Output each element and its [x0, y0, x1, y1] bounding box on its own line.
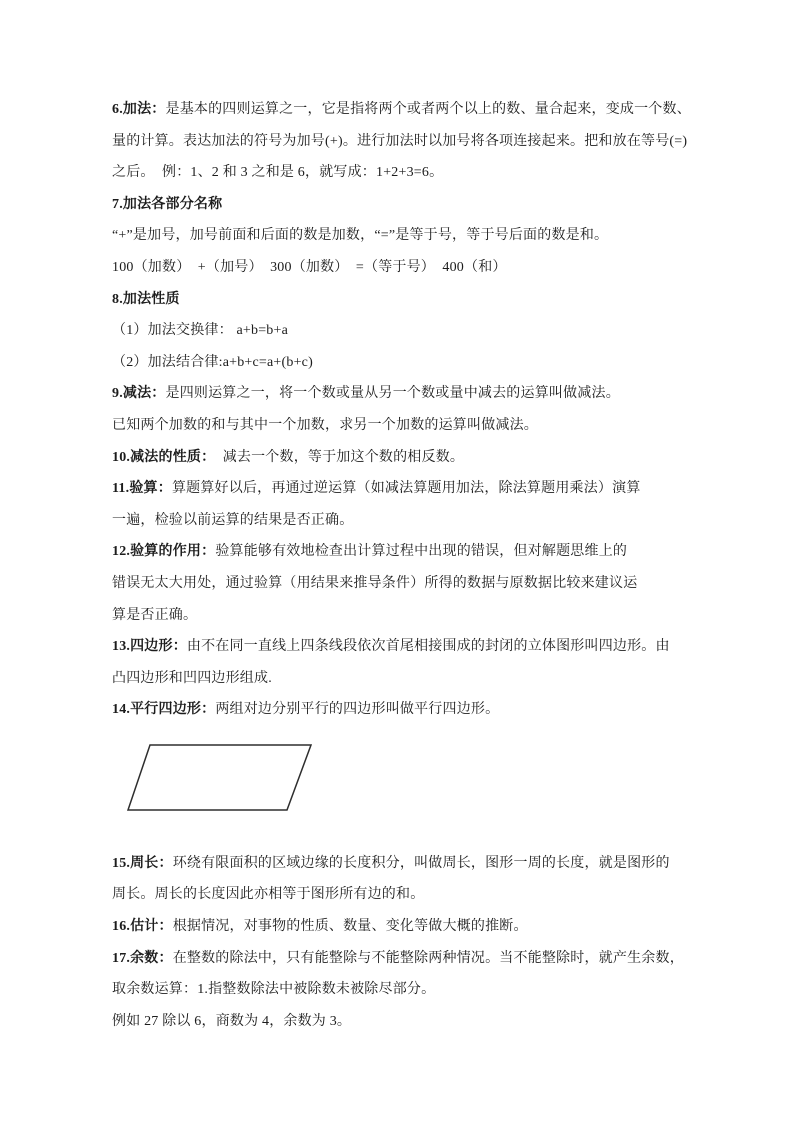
- term-label: 12.验算的作用：: [112, 544, 215, 559]
- doc-line: 17.余数：在整数的除法中，只有能整除与不能整除两种情况。当不能整除时，就产生余…: [112, 943, 690, 975]
- doc-line: （1）加法交换律： a+b=b+a: [112, 315, 690, 347]
- doc-line: 之后。 例：1、2 和 3 之和是 6，就写成：1+2+3=6。: [112, 157, 690, 189]
- term-label: 6.加法：: [112, 102, 166, 117]
- doc-line: 取余数运算：1.指整数除法中被除数未被除尽部分。: [112, 974, 690, 1006]
- line-text: 凸四边形和凹四边形组成.: [112, 671, 272, 686]
- line-text: 验算能够有效地检查出计算过程中出现的错误，但对解题思维上的: [215, 544, 627, 559]
- doc-line: 13.四边形：由不在同一直线上四条线段依次首尾相接围成的封闭的立体图形叫四边形。…: [112, 631, 690, 663]
- line-text: 在整数的除法中，只有能整除与不能整除两种情况。当不能整除时，就产生余数，: [173, 951, 684, 966]
- term-label: 10.减法的性质：: [112, 450, 215, 465]
- doc-line: 10.减法的性质： 减去一个数，等于加这个数的相反数。: [112, 442, 690, 474]
- doc-line: 7.加法各部分名称: [112, 189, 690, 221]
- doc-line: 一遍，检验以前运算的结果是否正确。: [112, 505, 690, 537]
- line-text: 环绕有限面积的区域边缘的长度积分，叫做周长，图形一周的长度，就是图形的: [173, 856, 670, 871]
- doc-line: 6.加法：是基本的四则运算之一，它是指将两个或者两个以上的数、量合起来，变成一个…: [112, 94, 690, 126]
- line-text: 100（加数） +（加号） 300（加数） =（等于号） 400（和）: [112, 260, 507, 275]
- doc-line: 8.加法性质: [112, 284, 690, 316]
- doc-line: 14.平行四边形：两组对边分别平行的四边形叫做平行四边形。: [112, 694, 690, 726]
- line-text: 减去一个数，等于加这个数的相反数。: [215, 450, 464, 465]
- term-label: 14.平行四边形：: [112, 702, 215, 717]
- doc-line: 15.周长：环绕有限面积的区域边缘的长度积分，叫做周长，图形一周的长度，就是图形…: [112, 848, 690, 880]
- figure-block: [112, 726, 690, 848]
- line-text: 之后。 例：1、2 和 3 之和是 6，就写成：1+2+3=6。: [112, 165, 443, 180]
- doc-line: 已知两个加数的和与其中一个加数，求另一个加数的运算叫做减法。: [112, 410, 690, 442]
- document-page: 6.加法：是基本的四则运算之一，它是指将两个或者两个以上的数、量合起来，变成一个…: [0, 0, 793, 1122]
- line-text: 例如 27 除以 6，商数为 4，余数为 3。: [112, 1014, 351, 1029]
- line-text: 错误无太大用处，通过验算（用结果来推导条件）所得的数据与原数据比较来建议运: [112, 576, 637, 591]
- doc-line: （2）加法结合律:a+b+c=a+(b+c): [112, 347, 690, 379]
- term-label: 16.估计：: [112, 919, 173, 934]
- doc-line: 错误无太大用处，通过验算（用结果来推导条件）所得的数据与原数据比较来建议运: [112, 568, 690, 600]
- term-label: 17.余数：: [112, 951, 173, 966]
- doc-line: 12.验算的作用：验算能够有效地检查出计算过程中出现的错误，但对解题思维上的: [112, 536, 690, 568]
- term-label: 13.四边形：: [112, 639, 187, 654]
- doc-line: 量的计算。表达加法的符号为加号(+)。进行加法时以加号将各项连接起来。把和放在等…: [112, 126, 690, 158]
- line-text: “+”是加号，加号前面和后面的数是加数，“=”是等于号，等于号后面的数是和。: [112, 228, 608, 243]
- term-label: 11.验算：: [112, 481, 172, 496]
- line-text: 两组对边分别平行的四边形叫做平行四边形。: [215, 702, 499, 717]
- doc-line: 凸四边形和凹四边形组成.: [112, 663, 690, 695]
- line-text: 取余数运算：1.指整数除法中被除数未被除尽部分。: [112, 982, 435, 997]
- term-label: 9.减法：: [112, 386, 166, 401]
- term-label: 8.加法性质: [112, 292, 180, 307]
- line-text: 根据情况，对事物的性质、数量、变化等做大概的推断。: [173, 919, 528, 934]
- line-text: 周长。周长的长度因此亦相等于图形所有边的和。: [112, 887, 424, 902]
- line-text: 已知两个加数的和与其中一个加数，求另一个加数的运算叫做减法。: [112, 418, 538, 433]
- term-label: 7.加法各部分名称: [112, 197, 222, 212]
- line-text: 是四则运算之一，将一个数或量从另一个数或量中减去的运算叫做减法。: [166, 386, 620, 401]
- line-text: 一遍，检验以前运算的结果是否正确。: [112, 513, 353, 528]
- text-block-lower: 15.周长：环绕有限面积的区域边缘的长度积分，叫做周长，图形一周的长度，就是图形…: [112, 848, 690, 1038]
- term-label: 15.周长：: [112, 856, 173, 871]
- line-text: 算是否正确。: [112, 608, 197, 623]
- doc-line: 100（加数） +（加号） 300（加数） =（等于号） 400（和）: [112, 252, 690, 284]
- line-text: 量的计算。表达加法的符号为加号(+)。进行加法时以加号将各项连接起来。把和放在等…: [112, 134, 687, 149]
- parallelogram-figure: [114, 743, 324, 815]
- doc-line: 周长。周长的长度因此亦相等于图形所有边的和。: [112, 879, 690, 911]
- text-block-upper: 6.加法：是基本的四则运算之一，它是指将两个或者两个以上的数、量合起来，变成一个…: [112, 94, 690, 726]
- line-text: 是基本的四则运算之一，它是指将两个或者两个以上的数、量合起来，变成一个数、: [166, 102, 691, 117]
- doc-line: 例如 27 除以 6，商数为 4，余数为 3。: [112, 1006, 690, 1038]
- doc-line: 11.验算：算题算好以后，再通过逆运算（如减法算题用加法，除法算题用乘法）演算: [112, 473, 690, 505]
- doc-line: 16.估计：根据情况，对事物的性质、数量、变化等做大概的推断。: [112, 911, 690, 943]
- line-text: 由不在同一直线上四条线段依次首尾相接围成的封闭的立体图形叫四边形。由: [187, 639, 670, 654]
- doc-line: 9.减法：是四则运算之一，将一个数或量从另一个数或量中减去的运算叫做减法。: [112, 378, 690, 410]
- document-body: 6.加法：是基本的四则运算之一，它是指将两个或者两个以上的数、量合起来，变成一个…: [112, 94, 690, 1037]
- doc-line: “+”是加号，加号前面和后面的数是加数，“=”是等于号，等于号后面的数是和。: [112, 220, 690, 252]
- doc-line: 算是否正确。: [112, 600, 690, 632]
- line-text: （1）加法交换律： a+b=b+a: [112, 323, 288, 338]
- line-text: 算题算好以后，再通过逆运算（如减法算题用加法，除法算题用乘法）演算: [172, 481, 641, 496]
- line-text: （2）加法结合律:a+b+c=a+(b+c): [112, 355, 313, 370]
